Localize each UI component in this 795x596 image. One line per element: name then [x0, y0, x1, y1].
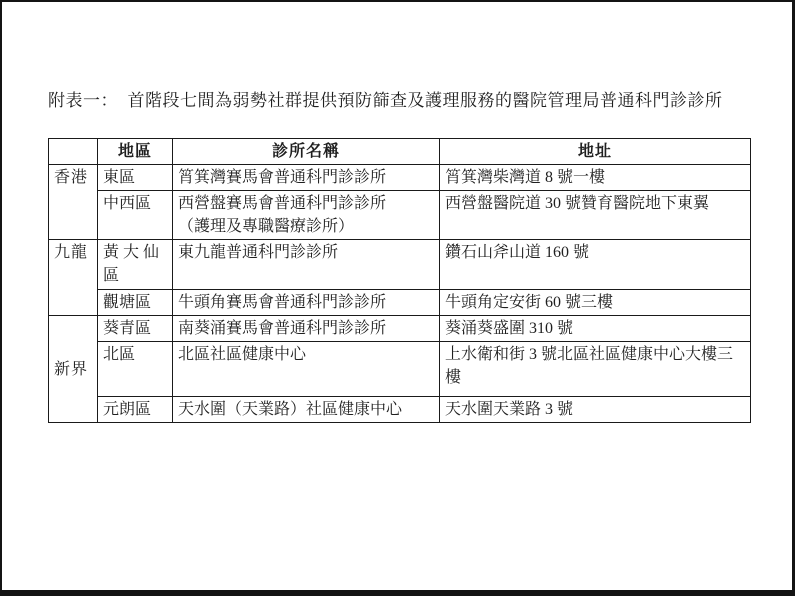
district-cell: 北區 [98, 342, 173, 397]
region-cell-kowloon: 九龍 [49, 240, 98, 316]
district-cell: 黃 大 仙 區 [98, 240, 173, 290]
district-cell: 元朗區 [98, 397, 173, 423]
address-cell: 葵涌葵盛圍 310 號 [440, 316, 751, 342]
table-row: 中西區 西營盤賽馬會普通科門診診所 （護理及專職醫療診所） 西營盤醫院道 30 … [49, 191, 751, 240]
clinics-table: 地區 診所名稱 地址 香港 東區 筲箕灣賽馬會普通科門診診所 筲箕灣柴灣道 8 … [48, 138, 751, 423]
clinic-cell: 東九龍普通科門診診所 [173, 240, 440, 290]
address-cell: 上水衛和街 3 號北區社區健康中心大樓三 樓 [440, 342, 751, 397]
district-cell: 中西區 [98, 191, 173, 240]
header-address: 地址 [440, 139, 751, 165]
clinic-cell: 南葵涌賽馬會普通科門診診所 [173, 316, 440, 342]
address-cell: 筲箕灣柴灣道 8 號一樓 [440, 165, 751, 191]
address-cell: 西營盤醫院道 30 號贊育醫院地下東翼 [440, 191, 751, 240]
table-row: 新界 葵青區 南葵涌賽馬會普通科門診診所 葵涌葵盛圍 310 號 [49, 316, 751, 342]
header-clinic-name: 診所名稱 [173, 139, 440, 165]
table-row: 九龍 黃 大 仙 區 東九龍普通科門診診所 鑽石山斧山道 160 號 [49, 240, 751, 290]
header-region-blank [49, 139, 98, 165]
table-row: 香港 東區 筲箕灣賽馬會普通科門診診所 筲箕灣柴灣道 8 號一樓 [49, 165, 751, 191]
clinic-cell: 天水圍（天業路）社區健康中心 [173, 397, 440, 423]
clinic-cell: 西營盤賽馬會普通科門診診所 （護理及專職醫療診所） [173, 191, 440, 240]
address-cell: 鑽石山斧山道 160 號 [440, 240, 751, 290]
region-cell-hongkong: 香港 [49, 165, 98, 240]
address-cell: 牛頭角定安街 60 號三樓 [440, 290, 751, 316]
header-district: 地區 [98, 139, 173, 165]
table-row: 元朗區 天水圍（天業路）社區健康中心 天水圍天業路 3 號 [49, 397, 751, 423]
table-row: 北區 北區社區健康中心 上水衛和街 3 號北區社區健康中心大樓三 樓 [49, 342, 751, 397]
district-cell: 葵青區 [98, 316, 173, 342]
document-page: 附表一： 首階段七間為弱勢社群提供預防篩查及護理服務的醫院管理局普通科門診診所 … [0, 0, 795, 596]
table-header-row: 地區 診所名稱 地址 [49, 139, 751, 165]
clinic-cell: 北區社區健康中心 [173, 342, 440, 397]
address-cell: 天水圍天業路 3 號 [440, 397, 751, 423]
page-title: 附表一： 首階段七間為弱勢社群提供預防篩查及護理服務的醫院管理局普通科門診診所 [48, 86, 723, 111]
district-cell: 東區 [98, 165, 173, 191]
region-cell-new-territories: 新界 [49, 316, 98, 423]
district-cell: 觀塘區 [98, 290, 173, 316]
table-row: 觀塘區 牛頭角賽馬會普通科門診診所 牛頭角定安街 60 號三樓 [49, 290, 751, 316]
clinic-cell: 筲箕灣賽馬會普通科門診診所 [173, 165, 440, 191]
clinic-cell: 牛頭角賽馬會普通科門診診所 [173, 290, 440, 316]
